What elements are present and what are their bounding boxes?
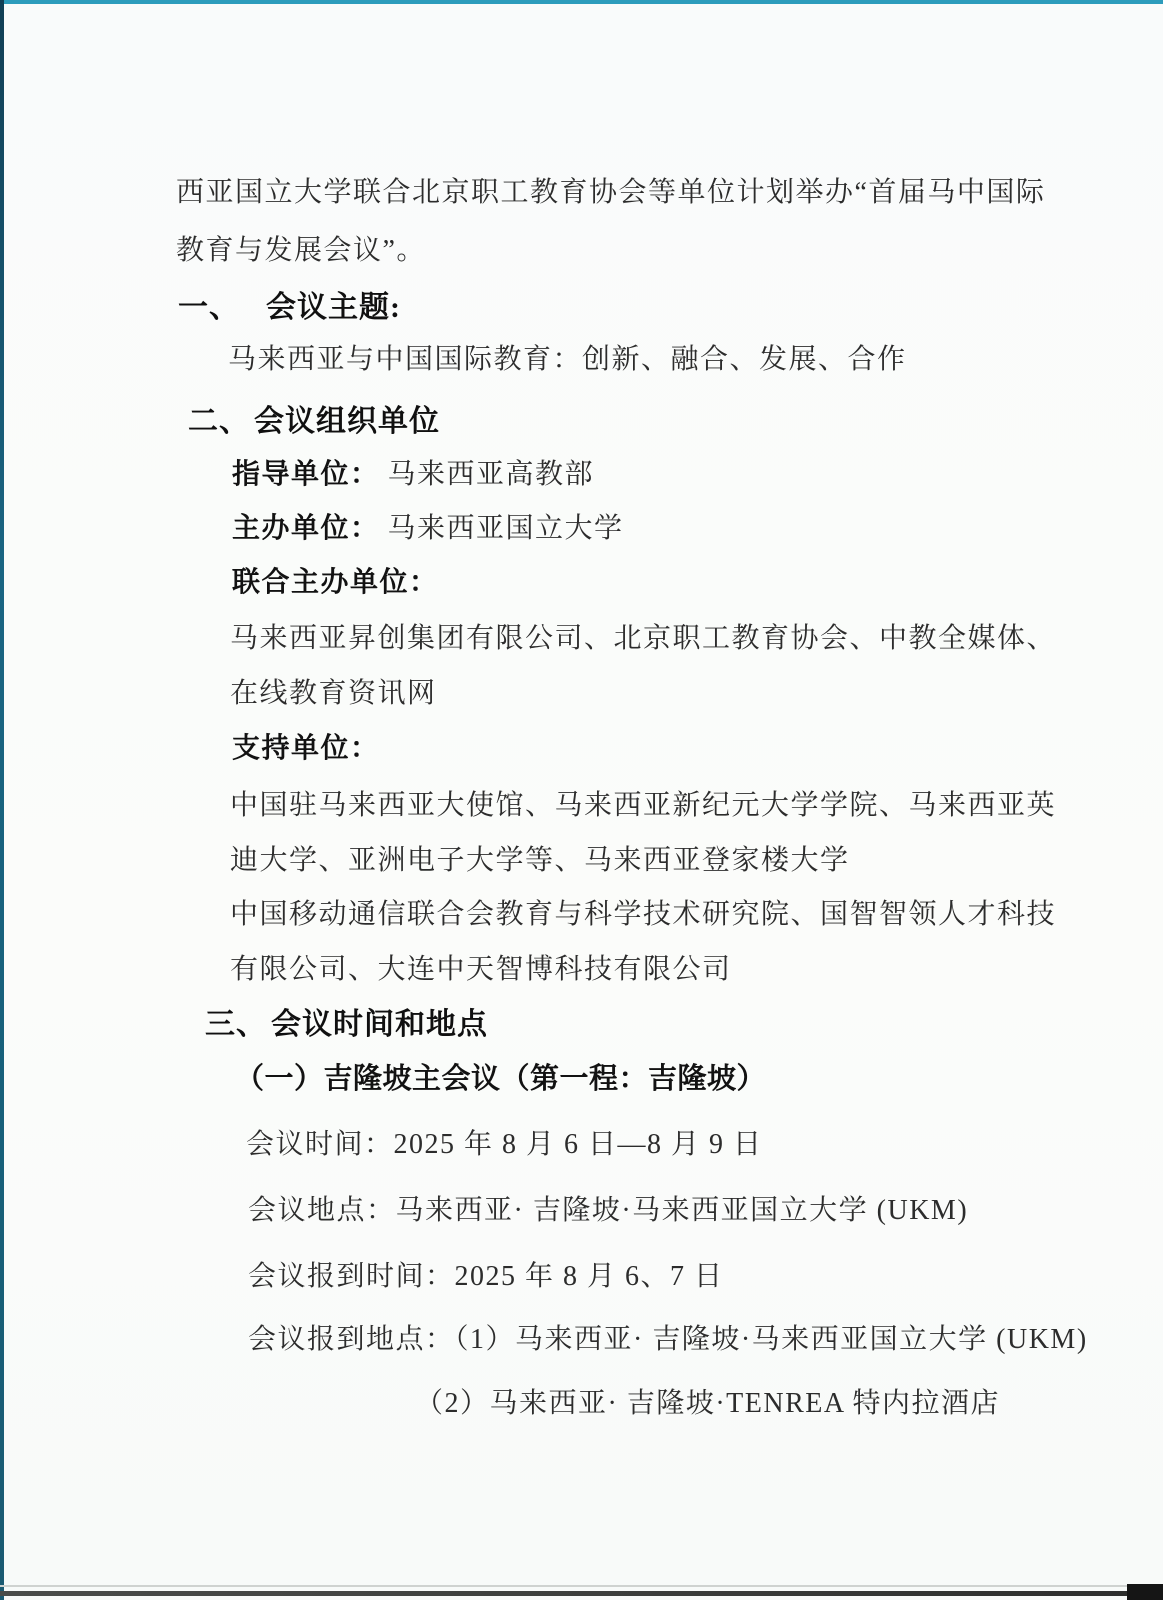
- scan-left-edge: [0, 0, 4, 1600]
- meeting-time-line: 会议时间：2025 年 8 月 6 日—8 月 9 日: [246, 1122, 763, 1162]
- intro-line-2: 教育与发展会议”。: [176, 228, 426, 268]
- section2-heading: 二、会议组织单位: [188, 396, 440, 440]
- section1-heading: 一、会议主题:: [178, 282, 401, 326]
- cohost-unit-label: 联合主办单位：: [232, 560, 439, 600]
- host-unit-value: 马来西亚国立大学: [388, 513, 624, 544]
- section3-title: 会议时间和地点: [271, 1008, 488, 1041]
- section3-number: 三、: [205, 1008, 267, 1041]
- support-line-3: 中国移动通信联合会教育与科学技术研究院、国智智领人才科技: [230, 892, 1056, 932]
- meeting-location-line: 会议地点：马来西亚· 吉隆坡·马来西亚国立大学 (UKM): [248, 1188, 968, 1228]
- support-line-2: 迪大学、亚洲电子大学等、马来西亚登家楼大学: [230, 838, 850, 878]
- support-unit-label: 支持单位：: [232, 726, 380, 766]
- scanned-document-page: 西亚国立大学联合北京职工教育协会等单位计划举办“首届马中国际 教育与发展会议”。…: [0, 0, 1163, 1600]
- support-line-1: 中国驻马来西亚大使馆、马来西亚新纪元大学学院、马来西亚英: [230, 783, 1056, 823]
- scan-bottom-corner-mark: [1127, 1584, 1163, 1600]
- cohost-line-1: 马来西亚昇创集团有限公司、北京职工教育协会、中教全媒体、: [230, 616, 1056, 656]
- guidance-unit-line: 指导单位：马来西亚高教部: [232, 452, 594, 492]
- checkin-location-line-2: （2）马来西亚· 吉隆坡·TENREA 特内拉酒店: [415, 1381, 1000, 1421]
- section2-title: 会议组织单位: [254, 405, 440, 438]
- cohost-line-2: 在线教育资讯网: [230, 671, 437, 711]
- host-unit-line: 主办单位：马来西亚国立大学: [232, 506, 624, 546]
- scan-top-edge: [0, 0, 1163, 4]
- section2-number: 二、: [188, 405, 250, 438]
- host-unit-label: 主办单位：: [232, 513, 380, 544]
- section1-number: 一、: [178, 291, 240, 324]
- section3-heading: 三、会议时间和地点: [205, 999, 488, 1043]
- scan-bottom-hairline: [0, 1585, 1163, 1587]
- intro-line-1: 西亚国立大学联合北京职工教育协会等单位计划举办“首届马中国际: [176, 170, 1045, 210]
- section1-title: 会议主题:: [266, 291, 401, 324]
- support-line-4: 有限公司、大连中天智博科技有限公司: [230, 947, 732, 987]
- scan-bottom-edge: [0, 1591, 1163, 1596]
- guidance-unit-label: 指导单位：: [232, 459, 380, 490]
- guidance-unit-value: 马来西亚高教部: [388, 459, 595, 490]
- kl-subsection-heading: （一）吉隆坡主会议（第一程：吉隆坡）: [235, 1056, 766, 1097]
- section1-theme: 马来西亚与中国国际教育：创新、融合、发展、合作: [228, 337, 907, 377]
- checkin-location-line-1: 会议报到地点：（1）马来西亚· 吉隆坡·马来西亚国立大学 (UKM): [248, 1317, 1088, 1357]
- checkin-time-line: 会议报到时间：2025 年 8 月 6、7 日: [248, 1254, 724, 1294]
